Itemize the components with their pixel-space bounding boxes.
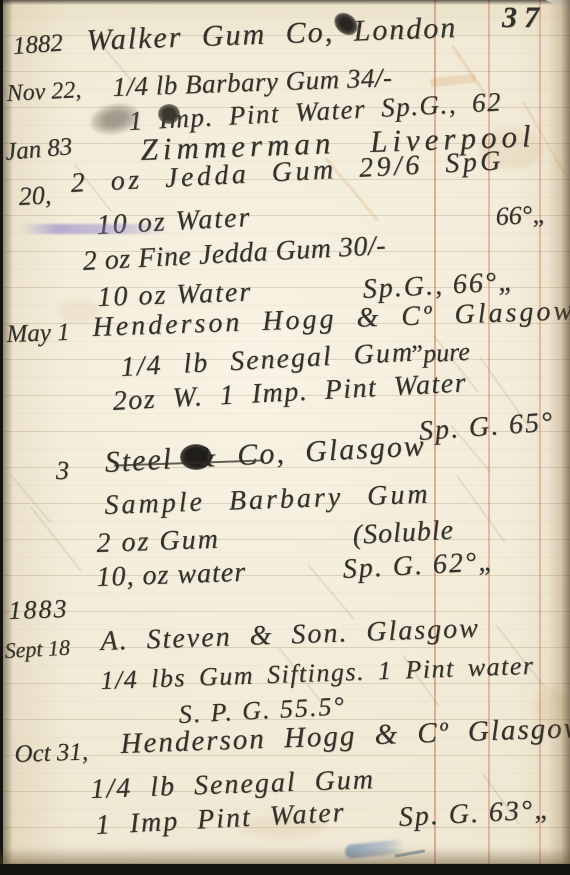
page-binding-edge [0, 0, 13, 875]
entry-date: Sept 18 [4, 637, 70, 662]
entry-value: ”pure [408, 339, 470, 368]
entry-date: Nov 22, [6, 78, 82, 106]
entry-year: 1882 [12, 31, 64, 59]
page-top-edge [0, 0, 570, 5]
entry-text: 10, oz water [96, 559, 247, 592]
entry-date: 20, [18, 182, 52, 210]
entry-text: A. Steven & Son. Glasgow [100, 615, 480, 656]
entry-year: 1883 [8, 596, 69, 624]
entry-date: May 1 [6, 320, 70, 347]
ink-blot [158, 104, 180, 124]
entry-date: Jan 83 [4, 134, 73, 165]
entry-text: 1/4 lbs Gum Siftings. 1 Pint water [100, 653, 535, 694]
entry-value: Sp. G. 65° [418, 409, 555, 446]
page-right-edge [548, 0, 570, 875]
entry-value: Sp. G. 63°„ [398, 796, 552, 832]
page-bottom-shadow [0, 847, 570, 864]
ink-showthrough [30, 506, 82, 572]
ledger-page: 37 1882 Walker Gum Co, London Nov 22, 1/… [0, 0, 570, 875]
entry-text: 10 oz Water [96, 204, 252, 240]
smear-lavender [20, 224, 168, 234]
ink-showthrough [10, 475, 51, 524]
page-bottom-edge [0, 864, 570, 875]
entry-date: Oct 31, [14, 739, 88, 767]
ink-blot [180, 444, 212, 470]
entry-value: (Soluble [352, 517, 455, 550]
entry-date: 3 [56, 458, 69, 484]
entry-text: 2 oz Gum [96, 526, 220, 558]
entry-value: Sp. G. 62°„ [342, 548, 496, 584]
entry-text: Walker Gum Co, London [86, 13, 458, 56]
ink-showthrough [430, 74, 477, 88]
entry-text: Steel & Co, Glasgow [104, 431, 426, 478]
entry-value: 66°„ [495, 201, 547, 230]
entry-text: Sample Barbary Gum [104, 481, 431, 520]
page-number: 37 [502, 3, 546, 33]
ink-showthrough [456, 475, 506, 543]
